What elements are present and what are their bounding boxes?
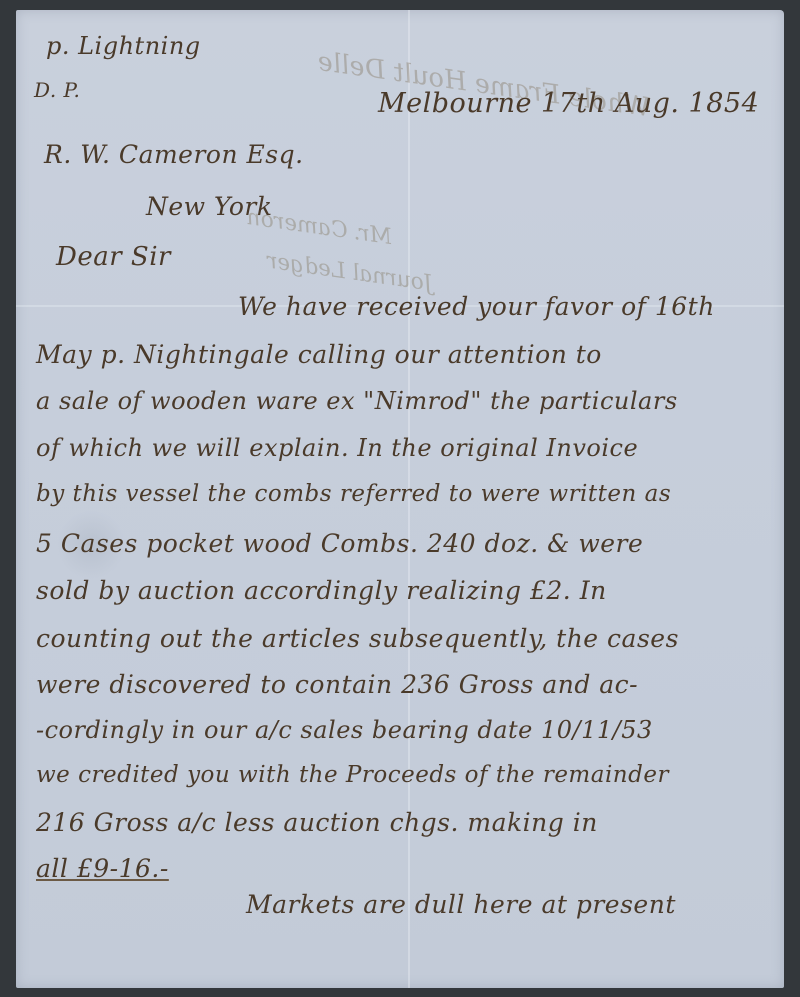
body-line: counting out the articles subsequently, … [36,624,679,653]
body-line: -cordingly in our a/c sales bearing date… [36,716,653,744]
place-date: Melbourne 17th Aug. 1854 [378,88,759,119]
closing-line: Markets are dull here at present [246,890,676,919]
body-line: We have received your favor of 16th [238,292,715,321]
body-line: a sale of wooden ware ex "Nimrod" the pa… [36,387,678,415]
body-line: May p. Nightingale calling our attention… [36,340,602,369]
recipient-name: R. W. Cameron Esq. [44,140,304,169]
recipient-city: New York [146,192,273,221]
ship-reference-sub: D. P. [34,78,80,102]
body-line: we credited you with the Proceeds of the… [36,762,669,788]
body-line: 5 Cases pocket wood Combs. 240 doz. & we… [36,529,643,558]
body-line: 216 Gross a/c less auction chgs. making … [36,808,598,837]
body-line: sold by auction accordingly realizing £2… [36,576,607,605]
body-line-total: all £9-16.- [36,854,169,883]
ship-reference: p. Lightning [46,32,201,60]
letter-paper: Whole Frame Hoult Delle Mr. Cameron Jour… [16,10,784,988]
body-line: by this vessel the combs referred to wer… [36,481,671,507]
scanned-letter: Whole Frame Hoult Delle Mr. Cameron Jour… [0,0,800,997]
body-line: were discovered to contain 236 Gross and… [36,670,638,699]
body-line: of which we will explain. In the origina… [36,434,638,462]
salutation: Dear Sir [56,242,171,272]
